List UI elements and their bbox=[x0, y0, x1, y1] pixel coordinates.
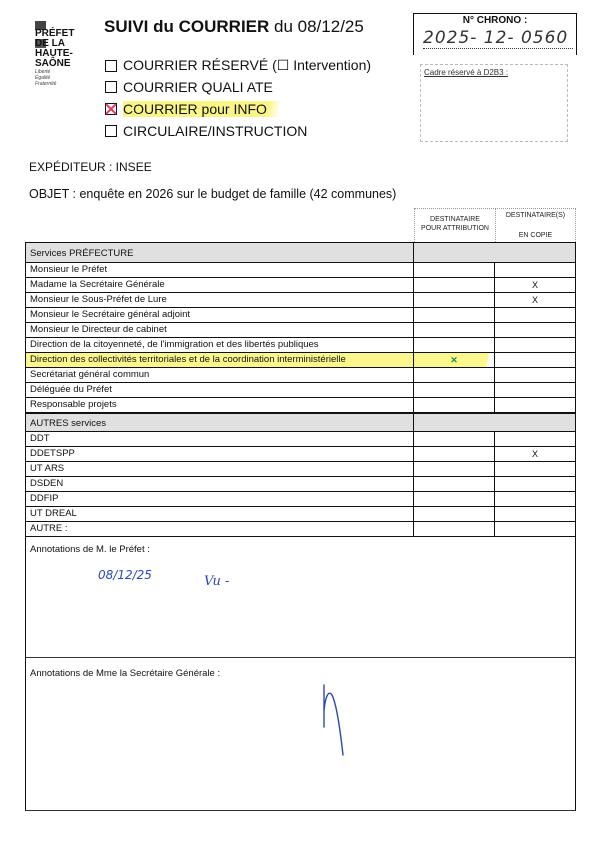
recipient-label: Monsieur le Sous-Préfet de Lure bbox=[25, 293, 414, 307]
attribution-cell[interactable] bbox=[414, 323, 495, 337]
attribution-cell[interactable] bbox=[414, 432, 495, 446]
attribution-cell[interactable] bbox=[414, 368, 495, 382]
title-bold: SUIVI du COURRIER bbox=[104, 17, 269, 36]
option-label: COURRIER RÉSERVÉ (☐ Intervention) bbox=[123, 57, 371, 74]
handwritten-initial-icon bbox=[316, 683, 346, 758]
option-label: COURRIER pour INFO bbox=[123, 101, 279, 117]
table-row: DSDEN bbox=[25, 477, 576, 492]
reserved-box-label: Cadre réservé à D2B3 : bbox=[424, 68, 508, 77]
recipient-label: Direction des collectivités territoriale… bbox=[25, 353, 414, 367]
table-row: Monsieur le Préfet bbox=[25, 263, 576, 278]
option-courrier-qualiate[interactable]: COURRIER QUALI ATE bbox=[105, 79, 273, 95]
table-row: UT ARS bbox=[25, 462, 576, 477]
attribution-cell[interactable] bbox=[414, 308, 495, 322]
sender: EXPÉDITEUR : INSEE bbox=[29, 160, 152, 174]
handwritten-date: 08/12/25 bbox=[98, 568, 152, 582]
copy-cell[interactable] bbox=[495, 492, 576, 506]
checkbox[interactable] bbox=[105, 125, 117, 137]
copy-cell[interactable] bbox=[495, 353, 576, 367]
prefecture-name: PRÉFET DE LA HAUTE- SAÔNE bbox=[35, 29, 105, 69]
table-row: Direction de la citoyenneté, de l'immigr… bbox=[25, 338, 576, 353]
table-row: Déléguée du Préfet bbox=[25, 383, 576, 398]
attribution-cell[interactable] bbox=[414, 278, 495, 292]
copy-cell[interactable] bbox=[495, 368, 576, 382]
attribution-cell[interactable] bbox=[414, 398, 495, 412]
option-circulaire[interactable]: CIRCULAIRE/INSTRUCTION bbox=[105, 123, 307, 139]
republic-motto: Liberté Égalité Fraternité bbox=[35, 69, 56, 87]
annotations-prefet-box[interactable]: Annotations de M. le Préfet : 08/12/25 V… bbox=[25, 534, 576, 658]
page-title: SUIVI du COURRIER du 08/12/25 bbox=[104, 17, 364, 37]
col-header-copy: DESTINATAIRE(S) EN COPIE bbox=[495, 208, 576, 242]
recipient-label: UT DREAL bbox=[25, 507, 414, 521]
section-filler bbox=[414, 243, 576, 262]
recipient-label: DSDEN bbox=[25, 477, 414, 491]
attribution-cell[interactable]: ✕ bbox=[414, 353, 495, 367]
recipient-label: Monsieur le Directeur de cabinet bbox=[25, 323, 414, 337]
recipient-label: DDETSPP bbox=[25, 447, 414, 461]
table-row: Monsieur le Secrétaire général adjoint bbox=[25, 308, 576, 323]
section-header-row: AUTRES services bbox=[25, 413, 576, 432]
copy-cell[interactable]: X bbox=[495, 278, 576, 292]
title-date: du 08/12/25 bbox=[269, 17, 364, 36]
recipient-label: Madame la Secrétaire Générale bbox=[25, 278, 414, 292]
table-row: DDETSPPX bbox=[25, 447, 576, 462]
copy-cell[interactable] bbox=[495, 477, 576, 491]
attribution-cell[interactable] bbox=[414, 447, 495, 461]
checkbox-checked[interactable] bbox=[105, 103, 117, 115]
section-filler bbox=[414, 414, 576, 431]
chrono-label: N° CHRONO : bbox=[413, 15, 577, 26]
table-row: Direction des collectivités territoriale… bbox=[25, 353, 576, 368]
section-title: AUTRES services bbox=[25, 414, 414, 431]
table-row: Monsieur le Directeur de cabinet bbox=[25, 323, 576, 338]
table-row: Monsieur le Sous-Préfet de LureX bbox=[25, 293, 576, 308]
attribution-cell[interactable] bbox=[414, 293, 495, 307]
option-label: CIRCULAIRE/INSTRUCTION bbox=[123, 123, 307, 139]
attribution-cell[interactable] bbox=[414, 383, 495, 397]
handwritten-note: Vu - bbox=[204, 574, 229, 589]
marianne-flag-icon bbox=[35, 17, 61, 26]
annotations-prefet-label: Annotations de M. le Préfet : bbox=[30, 544, 150, 555]
distribution-table: Services PRÉFECTUREMonsieur le PréfetMad… bbox=[25, 242, 576, 537]
attribution-cell[interactable] bbox=[414, 462, 495, 476]
copy-cell[interactable] bbox=[495, 462, 576, 476]
col-header-attribution: DESTINATAIRE POUR ATTRIBUTION bbox=[414, 208, 496, 242]
attribution-cell[interactable] bbox=[414, 263, 495, 277]
attribution-cell[interactable] bbox=[414, 492, 495, 506]
attribution-cell[interactable] bbox=[414, 477, 495, 491]
copy-cell[interactable] bbox=[495, 383, 576, 397]
col-header-copy-bottom: EN COPIE bbox=[496, 231, 575, 240]
recipient-label: Monsieur le Secrétaire général adjoint bbox=[25, 308, 414, 322]
chrono-value[interactable]: 2025- 12- 0560 bbox=[423, 28, 573, 49]
recipient-label: Déléguée du Préfet bbox=[25, 383, 414, 397]
copy-cell[interactable]: X bbox=[495, 447, 576, 461]
section-header-row: Services PRÉFECTURE bbox=[25, 242, 576, 263]
option-label: COURRIER QUALI ATE bbox=[123, 79, 273, 95]
option-courrier-info[interactable]: COURRIER pour INFO bbox=[105, 101, 279, 117]
recipient-label: DDT bbox=[25, 432, 414, 446]
copy-cell[interactable] bbox=[495, 398, 576, 412]
annotations-sg-box[interactable]: Annotations de Mme la Secrétaire Général… bbox=[25, 658, 576, 811]
recipient-label: DDFIP bbox=[25, 492, 414, 506]
recipient-label: Secrétariat général commun bbox=[25, 368, 414, 382]
recipient-label: Monsieur le Préfet bbox=[25, 263, 414, 277]
subject: OBJET : enquête en 2026 sur le budget de… bbox=[29, 187, 396, 201]
annotations-sg-label: Annotations de Mme la Secrétaire Général… bbox=[30, 668, 220, 679]
table-row: Secrétariat général commun bbox=[25, 368, 576, 383]
copy-cell[interactable] bbox=[495, 338, 576, 352]
table-row: DDFIP bbox=[25, 492, 576, 507]
copy-cell[interactable] bbox=[495, 323, 576, 337]
checkbox[interactable] bbox=[105, 81, 117, 93]
checkbox[interactable] bbox=[105, 60, 117, 72]
copy-cell[interactable] bbox=[495, 263, 576, 277]
table-row: Madame la Secrétaire GénéraleX bbox=[25, 278, 576, 293]
recipient-label: UT ARS bbox=[25, 462, 414, 476]
option-courrier-reserve[interactable]: COURRIER RÉSERVÉ (☐ Intervention) bbox=[105, 57, 371, 74]
col-header-copy-top: DESTINATAIRE(S) bbox=[506, 212, 565, 219]
copy-cell[interactable] bbox=[495, 432, 576, 446]
recipient-label: Direction de la citoyenneté, de l'immigr… bbox=[25, 338, 414, 352]
recipient-label: Responsable projets bbox=[25, 398, 414, 412]
table-row: DDT bbox=[25, 432, 576, 447]
copy-cell[interactable] bbox=[495, 507, 576, 521]
attribution-cell[interactable] bbox=[414, 507, 495, 521]
table-row: Responsable projets bbox=[25, 398, 576, 413]
attribution-cell[interactable] bbox=[414, 338, 495, 352]
copy-cell[interactable]: X bbox=[495, 293, 576, 307]
table-row: UT DREAL bbox=[25, 507, 576, 522]
section-title: Services PRÉFECTURE bbox=[25, 243, 414, 262]
copy-cell[interactable] bbox=[495, 308, 576, 322]
